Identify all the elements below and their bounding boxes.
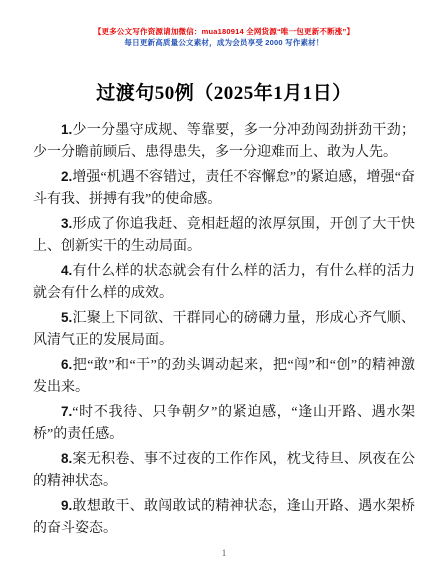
promo-header-line1: 【更多公文写作资源请加微信：mua180914 全网货源“唯一包更新不断涨”】 xyxy=(33,26,415,37)
numbered-paragraph: 1.少一分墨守成规、等靠要，多一分冲劲闯劲拼劲干劲；少一分瞻前顾后、患得患失，多… xyxy=(33,119,415,163)
document-body: 1.少一分墨守成规、等靠要，多一分冲劲闯劲拼劲干劲；少一分瞻前顾后、患得患失，多… xyxy=(33,119,415,539)
numbered-paragraph: 5.汇聚上下同欲、干群同心的磅礴力量，形成心齐气顺、风清气正的发展局面。 xyxy=(33,307,415,351)
paragraph-number: 6. xyxy=(61,357,72,372)
paragraph-text: 有什么样的状态就会有什么样的活力，有什么样的活力就会有什么样的成效。 xyxy=(33,264,415,301)
numbered-paragraph: 7.“时不我待、只争朝夕”的紧迫感，“逢山开路、遇水架桥”的责任感。 xyxy=(33,401,415,445)
paragraph-text: 汇聚上下同欲、干群同心的磅礴力量，形成心齐气顺、风清气正的发展局面。 xyxy=(33,311,415,348)
paragraph-number: 3. xyxy=(61,216,72,231)
numbered-paragraph: 4.有什么样的状态就会有什么样的活力，有什么样的活力就会有什么样的成效。 xyxy=(33,260,415,304)
promo-header: 【更多公文写作资源请加微信：mua180914 全网货源“唯一包更新不断涨”】 … xyxy=(33,26,415,48)
paragraph-number: 4. xyxy=(61,263,72,278)
paragraph-text: 敢想敢干、敢闯敢试的精神状态，逢山开路、遇水架桥的奋斗姿态。 xyxy=(33,499,415,536)
paragraph-text: 增强“机遇不容错过，责任不容懈怠”的紧迫感，增强“奋斗有我、拼搏有我”的使命感。 xyxy=(33,170,415,207)
paragraph-number: 2. xyxy=(61,169,72,184)
paragraph-number: 1. xyxy=(61,122,72,137)
document-page: 【更多公文写作资源请加微信：mua180914 全网货源“唯一包更新不断涨”】 … xyxy=(0,0,448,580)
paragraph-text: 把“敢”和“干”的劲头调动起来，把“闯”和“创”的精神激发出来。 xyxy=(33,358,415,395)
page-title: 过渡句50例（2025年1月1日） xyxy=(33,78,415,105)
numbered-paragraph: 2.增强“机遇不容错过，责任不容懈怠”的紧迫感，增强“奋斗有我、拼搏有我”的使命… xyxy=(33,166,415,210)
paragraph-text: 案无积卷、事不过夜的工作作风，枕戈待旦、夙夜在公的精神状态。 xyxy=(33,452,415,489)
paragraph-text: 少一分墨守成规、等靠要，多一分冲劲闯劲拼劲干劲；少一分瞻前顾后、患得患失，多一分… xyxy=(33,123,415,160)
numbered-paragraph: 6.把“敢”和“干”的劲头调动起来，把“闯”和“创”的精神激发出来。 xyxy=(33,354,415,398)
page-number: 1 xyxy=(0,548,448,558)
paragraph-number: 9. xyxy=(61,498,72,513)
paragraph-number: 7. xyxy=(61,404,72,419)
paragraph-text: 形成了你追我赶、竞相赶超的浓厚氛围，开创了大干快上、创新实干的生动局面。 xyxy=(33,217,415,254)
paragraph-text: “时不我待、只争朝夕”的紧迫感，“逢山开路、遇水架桥”的责任感。 xyxy=(33,405,415,442)
numbered-paragraph: 8.案无积卷、事不过夜的工作作风，枕戈待旦、夙夜在公的精神状态。 xyxy=(33,448,415,492)
paragraph-number: 8. xyxy=(61,451,72,466)
numbered-paragraph: 9.敢想敢干、敢闯敢试的精神状态，逢山开路、遇水架桥的奋斗姿态。 xyxy=(33,495,415,539)
promo-header-line2: 每日更新高质量公文素材，成为会员享受 2000 写作素材！ xyxy=(33,37,415,48)
paragraph-number: 5. xyxy=(61,310,72,325)
numbered-paragraph: 3.形成了你追我赶、竞相赶超的浓厚氛围，开创了大干快上、创新实干的生动局面。 xyxy=(33,213,415,257)
